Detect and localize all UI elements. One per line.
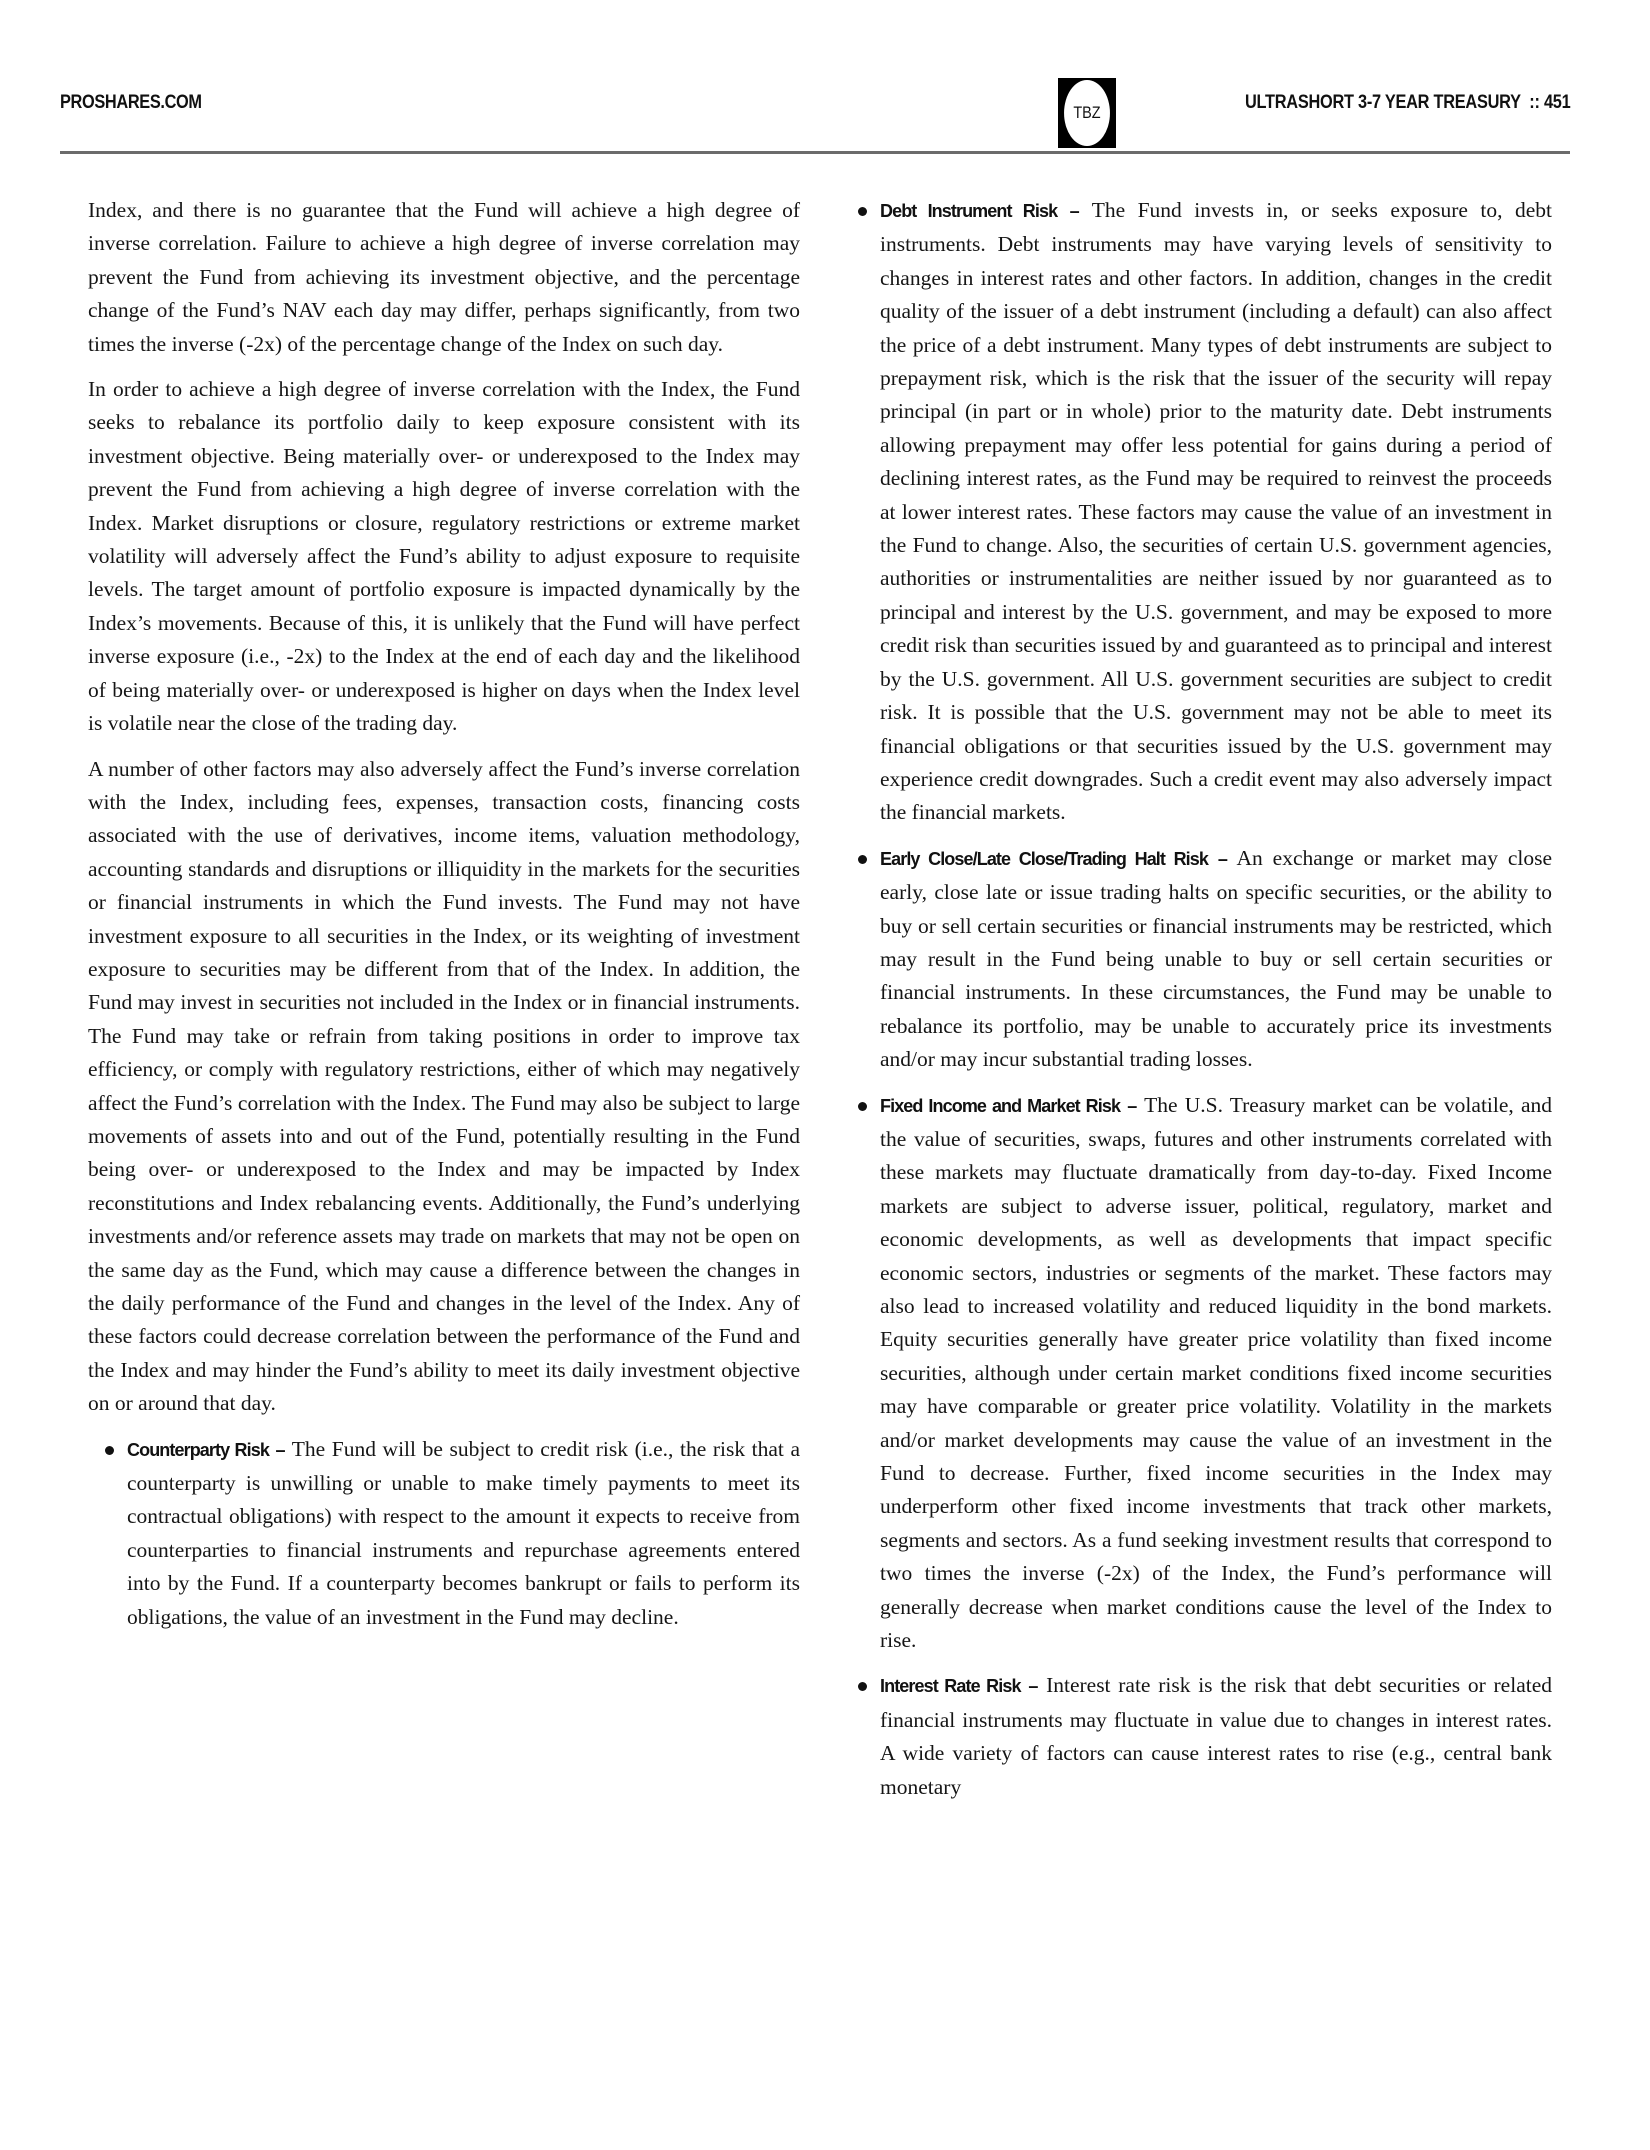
- risk-title: Counterparty Risk: [127, 1440, 269, 1460]
- right-column: Debt Instrument Risk – The Fund invests …: [880, 194, 1552, 1816]
- risk-text: The Fund invests in, or seeks exposure t…: [880, 198, 1552, 824]
- header-divider: [60, 151, 1570, 154]
- em-dash: –: [1028, 1676, 1038, 1696]
- risk-item-early-close: Early Close/Late Close/Trading Halt Risk…: [880, 842, 1552, 1077]
- risk-item-debt-instrument: Debt Instrument Risk – The Fund invests …: [880, 194, 1552, 830]
- ticker-badge: TBZ: [1058, 78, 1116, 148]
- em-dash: –: [1127, 1096, 1137, 1116]
- bullet-icon: [858, 207, 867, 216]
- bullet-icon: [105, 1446, 114, 1455]
- risk-title: Fixed Income and Market Risk: [880, 1096, 1120, 1116]
- paragraph: A number of other factors may also adver…: [88, 753, 800, 1421]
- bullet-icon: [858, 1682, 867, 1691]
- risk-text: An exchange or market may close early, c…: [880, 846, 1552, 1071]
- risk-title: Interest Rate Risk: [880, 1676, 1021, 1696]
- bullet-icon: [858, 1102, 867, 1111]
- em-dash: –: [1070, 201, 1080, 221]
- ticker-symbol: TBZ: [1064, 80, 1110, 146]
- risk-text: The U.S. Treasury market can be volatile…: [880, 1093, 1552, 1653]
- risk-item-fixed-income: Fixed Income and Market Risk – The U.S. …: [880, 1089, 1552, 1658]
- page-header: PROSHARES.COM TBZ ULTRASHORT 3-7 YEAR TR…: [60, 78, 1570, 132]
- bullet-icon: [858, 855, 867, 864]
- em-dash: –: [1218, 849, 1228, 869]
- site-name: PROSHARES.COM: [60, 92, 202, 114]
- paragraph: Index, and there is no guarantee that th…: [88, 194, 800, 361]
- fund-name: ULTRASHORT 3-7 YEAR TREASURY: [1245, 92, 1521, 113]
- page-number: 451: [1544, 92, 1570, 113]
- title-separator: ::: [1529, 92, 1539, 113]
- risk-text: The Fund will be subject to credit risk …: [127, 1437, 800, 1629]
- fund-title: ULTRASHORT 3-7 YEAR TREASURY :: 451: [1245, 92, 1570, 114]
- risk-item-interest-rate: Interest Rate Risk – Interest rate risk …: [880, 1669, 1552, 1804]
- risk-title: Early Close/Late Close/Trading Halt Risk: [880, 849, 1208, 869]
- risk-title: Debt Instrument Risk: [880, 201, 1057, 221]
- em-dash: –: [276, 1440, 286, 1460]
- paragraph: In order to achieve a high degree of inv…: [88, 373, 800, 740]
- risk-item-counterparty: Counterparty Risk – The Fund will be sub…: [127, 1433, 800, 1634]
- left-column: Index, and there is no guarantee that th…: [88, 194, 800, 1646]
